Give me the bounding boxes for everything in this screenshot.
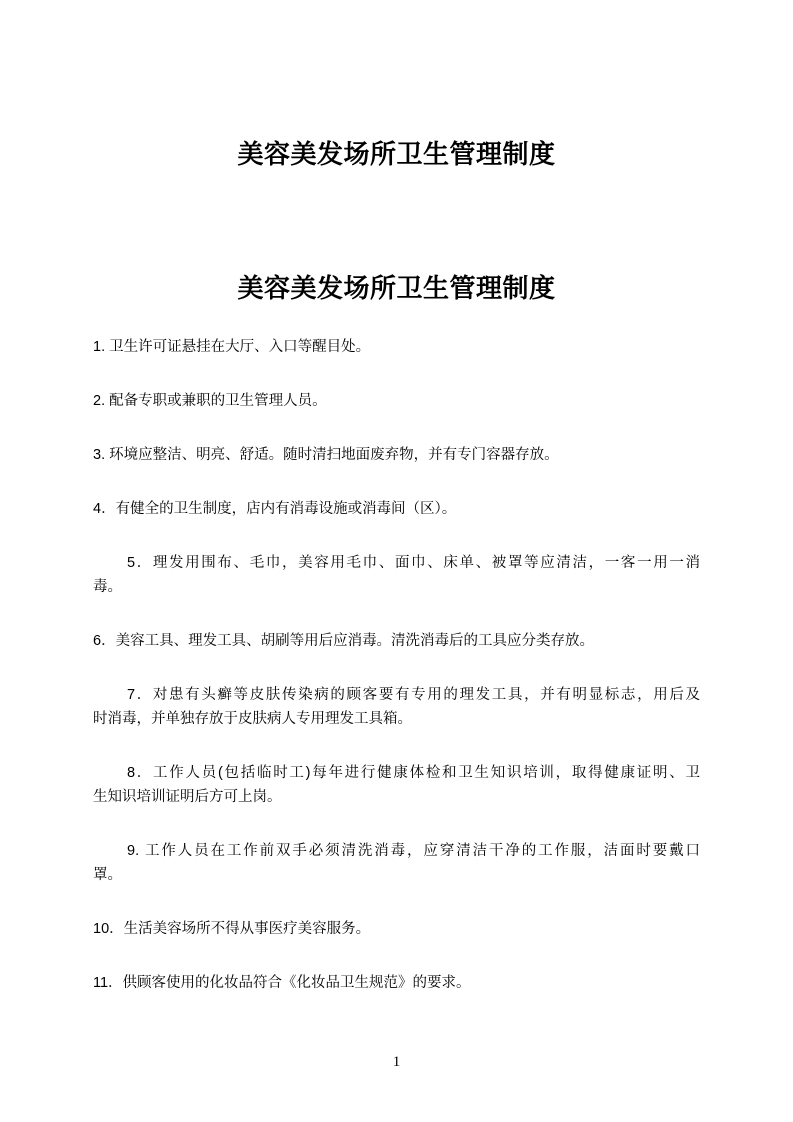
rule-item-text-line-2: 罩。 xyxy=(93,863,700,887)
rule-item-text-line-2: 生知识培训证明后方可上岗。 xyxy=(93,785,700,809)
rule-item-text: 10．生活美容场所不得从事医疗美容服务。 xyxy=(93,921,370,937)
rule-item-text: 11．供顾客使用的化妆品符合《化妆品卫生规范》的要求。 xyxy=(93,975,471,991)
rule-item-1: 1. 卫生许可证悬挂在大厅、入口等醒目处。 xyxy=(93,335,700,359)
rule-item-6: 6．美容工具、理发工具、胡刷等用后应消毒。清洗消毒后的工具应分类存放。 xyxy=(93,629,700,653)
rule-item-text-line-2: 毒。 xyxy=(93,575,700,599)
rule-item-7: 7．对患有头癣等皮肤传染病的顾客要有专用的理发工具，并有明显标志，用后及 时消毒… xyxy=(93,683,700,731)
document-body: 1. 卫生许可证悬挂在大厅、入口等醒目处。 2. 配备专职或兼职的卫生管理人员。… xyxy=(0,306,793,995)
rule-item-8: 8．工作人员(包括临时工)每年进行健康体检和卫生知识培训，取得健康证明、卫 生知… xyxy=(93,761,700,809)
document-title: 美容美发场所卫生管理制度 xyxy=(0,0,793,172)
document-body-title: 美容美发场所卫生管理制度 xyxy=(0,172,793,306)
rule-item-text-line-2: 时消毒，并单独存放于皮肤病人专用理发工具箱。 xyxy=(93,707,700,731)
rule-item-text: 4．有健全的卫生制度，店内有消毒设施或消毒间（区）。 xyxy=(93,501,456,517)
rule-item-text: 3. 环境应整洁、明亮、舒适。随时清扫地面废弃物，并有专门容器存放。 xyxy=(93,447,559,463)
rule-item-5: 5．理发用围布、毛巾，美容用毛巾、面巾、床单、被罩等应清洁，一客一用一消 毒。 xyxy=(93,551,700,599)
rule-item-text-line-1: 8．工作人员(包括临时工)每年进行健康体检和卫生知识培训，取得健康证明、卫 xyxy=(93,761,700,785)
rule-item-text-line-1: 9. 工作人员在工作前双手必须清洗消毒，应穿清洁干净的工作服，洁面时要戴口 xyxy=(93,839,700,863)
rule-item-text-line-1: 7．对患有头癣等皮肤传染病的顾客要有专用的理发工具，并有明显标志，用后及 xyxy=(93,683,700,707)
rule-item-9: 9. 工作人员在工作前双手必须清洗消毒，应穿清洁干净的工作服，洁面时要戴口 罩。 xyxy=(93,839,700,887)
rule-item-11: 11．供顾客使用的化妆品符合《化妆品卫生规范》的要求。 xyxy=(93,971,700,995)
rule-item-3: 3. 环境应整洁、明亮、舒适。随时清扫地面废弃物，并有专门容器存放。 xyxy=(93,443,700,467)
page-number: 1 xyxy=(0,1050,793,1074)
document-page: 美容美发场所卫生管理制度 美容美发场所卫生管理制度 1. 卫生许可证悬挂在大厅、… xyxy=(0,0,793,1122)
rule-item-text: 6．美容工具、理发工具、胡刷等用后应消毒。清洗消毒后的工具应分类存放。 xyxy=(93,633,594,649)
rule-item-2: 2. 配备专职或兼职的卫生管理人员。 xyxy=(93,389,700,413)
rule-item-4: 4．有健全的卫生制度，店内有消毒设施或消毒间（区）。 xyxy=(93,497,700,521)
rule-item-text: 2. 配备专职或兼职的卫生管理人员。 xyxy=(93,393,327,409)
rule-item-10: 10．生活美容场所不得从事医疗美容服务。 xyxy=(93,917,700,941)
rule-item-text: 1. 卫生许可证悬挂在大厅、入口等醒目处。 xyxy=(93,339,370,355)
rule-item-text-line-1: 5．理发用围布、毛巾，美容用毛巾、面巾、床单、被罩等应清洁，一客一用一消 xyxy=(93,551,700,575)
